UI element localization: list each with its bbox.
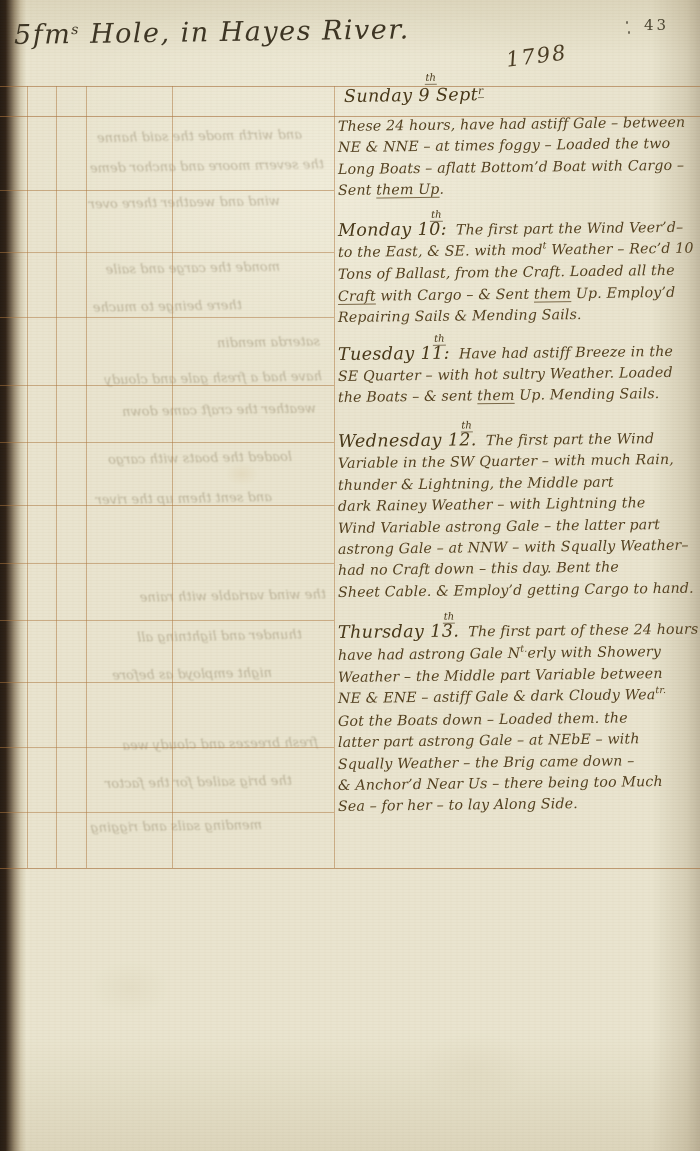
entry-date-heading: Tuesday 11th: bbox=[338, 343, 450, 364]
entry-line: Sea – for her – to lay Along Side. bbox=[338, 793, 696, 819]
entry-text: SE Quarter – with hot sultry Weather. Lo… bbox=[338, 365, 673, 385]
entry-text: The first part of these 24 hours bbox=[468, 622, 698, 641]
year-annotation: 1798 bbox=[505, 40, 569, 71]
log-entry-sunday: Sunday 9th SeptrThese 24 hours, have had… bbox=[338, 84, 696, 203]
entry-text: Wind Variable astrong Gale – the latter … bbox=[338, 517, 660, 537]
grid-line bbox=[86, 86, 87, 868]
entry-text: The first part the Wind Veer’d– bbox=[456, 219, 683, 238]
log-entry-wednesday: Wednesday 12th.The first part the WindVa… bbox=[338, 432, 696, 604]
paper-stain bbox=[225, 462, 259, 486]
underlined-text: them bbox=[477, 388, 514, 404]
grid-line bbox=[172, 86, 173, 868]
bleedthrough-line: wind and weather there over bbox=[60, 194, 280, 213]
page-number: 43 bbox=[644, 16, 669, 34]
grid-line bbox=[0, 747, 334, 748]
underlined-text: them bbox=[534, 286, 571, 302]
entry-text: have had astrong Gale N bbox=[338, 645, 520, 663]
entry-text: latter part astrong Gale – at NEbE – wit… bbox=[338, 731, 640, 751]
bleedthrough-line: fresh breezes and cloudy wea bbox=[26, 735, 318, 755]
bleedthrough-line: monde the carge and saile bbox=[28, 260, 280, 279]
entry-text: Have had astiff Breeze in the bbox=[459, 344, 673, 363]
date-superscript: th bbox=[424, 74, 437, 85]
entry-text: These 24 hours, have had astiff Gale – b… bbox=[338, 115, 686, 135]
bleedthrough-line: the brig sailed for the factor bbox=[40, 774, 292, 793]
entry-text: thunder & Lightning, the Middle part bbox=[338, 474, 614, 493]
entry-date-heading: Monday 10th: bbox=[338, 219, 447, 240]
bleedthrough-line: the severn moore and anchor deme bbox=[24, 157, 324, 177]
grid-line bbox=[0, 620, 334, 621]
log-entry-monday: Monday 10th:The first part the Wind Veer… bbox=[338, 221, 696, 330]
grid-line bbox=[0, 812, 334, 813]
month-superscript: r bbox=[478, 85, 484, 98]
ink-speck bbox=[626, 21, 628, 24]
grid-line bbox=[334, 86, 335, 868]
entry-text: with Cargo – & Sent bbox=[376, 286, 534, 304]
date-superscript: th bbox=[433, 334, 446, 345]
bleedthrough-line: and wirth mode the said hanne bbox=[30, 128, 302, 148]
entry-text: Up. Mending Sails. bbox=[514, 387, 659, 405]
log-entry-tuesday: Tuesday 11th:Have had astiff Breeze in t… bbox=[338, 345, 696, 410]
ink-speck bbox=[628, 31, 630, 34]
entry-text: to the East, & SE. with mod bbox=[338, 243, 543, 261]
underlined-text: them Up bbox=[376, 182, 439, 199]
superscript-text: tr. bbox=[655, 685, 666, 696]
entry-text: Sheet Cable. & Employ’d getting Cargo to… bbox=[338, 580, 694, 600]
paper-stain bbox=[420, 1030, 530, 1107]
entry-date-heading: Sunday 9th Septr bbox=[344, 85, 484, 107]
grid-line bbox=[27, 86, 28, 868]
page-title: 5fms Hole, in Hayes River. bbox=[14, 12, 574, 51]
entry-text: & Anchor’d Near Us – there being too Muc… bbox=[338, 774, 663, 794]
grid-line bbox=[0, 682, 334, 683]
bleedthrough-line: saterda mendin bbox=[150, 335, 320, 353]
bleedthrough-line: and sent them up the river bbox=[60, 490, 272, 509]
entry-text: Sent bbox=[338, 183, 376, 199]
grid-line bbox=[0, 190, 334, 191]
bleedthrough-line: there beinge to muche bbox=[42, 298, 242, 316]
date-superscript: th bbox=[443, 613, 456, 624]
entry-text: had no Craft down – this day. Bent the bbox=[338, 560, 619, 579]
book-binding bbox=[0, 0, 26, 1151]
grid-line bbox=[0, 563, 334, 564]
entry-text: . bbox=[439, 182, 444, 198]
bleedthrough-line: loaded the boats with cargo bbox=[30, 450, 292, 470]
entry-date-heading: Wednesday 12th. bbox=[338, 430, 477, 452]
entry-text: Weather – Rec’d 10 bbox=[547, 241, 694, 259]
bleedthrough-line: night employd as before bbox=[30, 666, 272, 685]
grid-line bbox=[0, 252, 334, 253]
entry-text: Tons of Ballast, from the Craft. Loaded … bbox=[338, 263, 675, 283]
entry-text: Up. Employ’d bbox=[571, 285, 675, 302]
date-superscript: th bbox=[430, 210, 443, 221]
entry-line: Repairing Sails & Mending Sails. bbox=[338, 304, 696, 330]
entry-text: Sea – for her – to lay Along Side. bbox=[338, 796, 578, 815]
bleedthrough-line: the wind variable with raine bbox=[26, 587, 326, 607]
entry-text: The first part the Wind bbox=[486, 431, 655, 449]
log-entries: Sunday 9th SeptrThese 24 hours, have had… bbox=[338, 84, 696, 819]
entry-text: astrong Gale – at NNW – with Squally Wea… bbox=[338, 538, 689, 558]
entry-date-heading: Sunday 9th Septr bbox=[344, 79, 696, 112]
bleedthrough-line: have had a fresh gale and cloudy bbox=[30, 369, 322, 389]
entry-text: Got the Boats down – Loaded them. the bbox=[338, 710, 628, 730]
date-superscript: th bbox=[460, 421, 473, 432]
grid-line bbox=[0, 868, 700, 869]
entry-text: the Boats – & sent bbox=[338, 389, 477, 407]
underlined-text: Craft bbox=[338, 288, 376, 304]
grid-line bbox=[0, 317, 334, 318]
grid-line bbox=[0, 442, 334, 443]
entry-line: Sent them Up. bbox=[338, 177, 696, 203]
entry-text: Repairing Sails & Mending Sails. bbox=[338, 307, 582, 326]
grid-line bbox=[56, 86, 57, 868]
paper-stain bbox=[90, 960, 170, 1016]
superscript-text: t bbox=[543, 240, 547, 251]
logbook-page: and wirth mode the said hannethe severn … bbox=[0, 0, 700, 1151]
superscript-text: t. bbox=[520, 643, 527, 654]
entry-text: NE & ENE – astiff Gale & dark Cloudy Wea bbox=[338, 687, 656, 707]
entry-line: Sheet Cable. & Employ’d getting Cargo to… bbox=[338, 578, 696, 604]
entry-text: Weather – the Middle part Variable betwe… bbox=[338, 666, 663, 686]
title-superscript: s bbox=[71, 22, 80, 38]
entry-text: erly with Showery bbox=[527, 644, 661, 662]
entry-text: Squally Weather – the Brig came down – bbox=[338, 753, 635, 773]
entry-text: NE & NNE – at times foggy – Loaded the t… bbox=[338, 136, 670, 156]
grid-line bbox=[0, 385, 334, 386]
entry-date-heading: Thursday 13th. bbox=[338, 622, 460, 643]
bleedthrough-line: weather the craft came down bbox=[36, 402, 316, 422]
bleedthrough-line: mending sails and rigging bbox=[30, 818, 262, 837]
entry-text: Long Boats – aflatt Bottom’d Boat with C… bbox=[338, 158, 684, 178]
grid-line bbox=[0, 505, 334, 506]
entry-line: the Boats – & sent them Up. Mending Sail… bbox=[338, 384, 696, 410]
log-entry-thursday: Thursday 13th.The first part of these 24… bbox=[338, 623, 696, 819]
bleedthrough-line: thunder and lightning all bbox=[40, 628, 302, 648]
entry-text: dark Rainey Weather – with Lightning the bbox=[338, 495, 646, 515]
entry-text: Variable in the SW Quarter – with much R… bbox=[338, 452, 674, 472]
